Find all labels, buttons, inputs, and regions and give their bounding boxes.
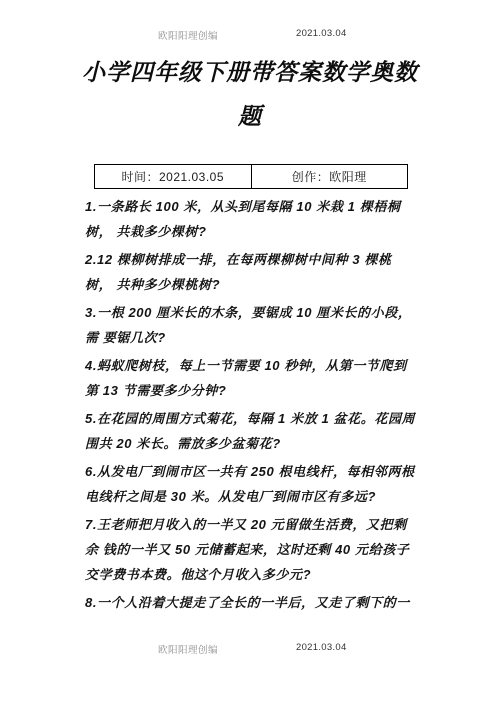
document-page: 欧阳阳理创编 2021.03.04 小学四年级下册带答案数学奥数 题 时间：20… — [0, 0, 500, 707]
meta-creator-cell: 创作：欧阳理 — [251, 165, 408, 189]
footer-author: 欧阳阳理创编 — [158, 642, 218, 656]
title-line-1: 小学四年级下册带答案数学奥数 — [0, 50, 500, 94]
page-footer: 欧阳阳理创编 2021.03.04 — [0, 642, 500, 656]
header-author: 欧阳阳理创编 — [158, 28, 218, 42]
problem-text-1: 1.一条路长 100 米，从头到尾每隔 10 米栽 1 棵梧桐树， 共栽多少棵树… — [85, 194, 416, 244]
document-title: 小学四年级下册带答案数学奥数 题 — [0, 50, 500, 138]
meta-table-row: 时间：2021.03.05 创作：欧阳理 — [95, 165, 408, 189]
problem-text-8: 8.一个人沿着大提走了全长的一半后，又走了剩下的一 — [85, 590, 416, 615]
problem-text-4: 4.蚂蚁爬树枝，每上一节需要 10 秒钟，从第一节爬到第 13 节需要多少分钟? — [85, 353, 416, 403]
header-date: 2021.03.04 — [296, 28, 347, 39]
problem-text-7: 7.王老师把月收入的一半又 20 元留做生活费，又把剩余 钱的一半又 50 元储… — [85, 512, 416, 587]
problem-text-5: 5.在花园的周围方式菊花，每隔 1 米放 1 盆花。花园周 围共 20 米长。需… — [85, 406, 416, 456]
problem-text-3: 3.一根 200 厘米长的木条，要锯成 10 厘米长的小段，需 要锯几次? — [85, 300, 416, 350]
footer-date: 2021.03.04 — [296, 642, 347, 653]
problem-text-2: 2.12 棵柳树排成一排，在每两棵柳树中间种 3 棵桃树， 共种多少棵桃树? — [85, 247, 416, 297]
title-line-2: 题 — [0, 94, 500, 138]
page-header: 欧阳阳理创编 2021.03.04 — [0, 28, 500, 42]
meta-table: 时间：2021.03.05 创作：欧阳理 — [94, 164, 408, 189]
problem-text-6: 6.从发电厂到闹市区一共有 250 根电线杆，每相邻两根电线杆之间是 30 米。… — [85, 459, 416, 509]
meta-time-cell: 时间：2021.03.05 — [95, 165, 252, 189]
problem-list: 1.一条路长 100 米，从头到尾每隔 10 米栽 1 棵梧桐树， 共栽多少棵树… — [85, 194, 416, 618]
